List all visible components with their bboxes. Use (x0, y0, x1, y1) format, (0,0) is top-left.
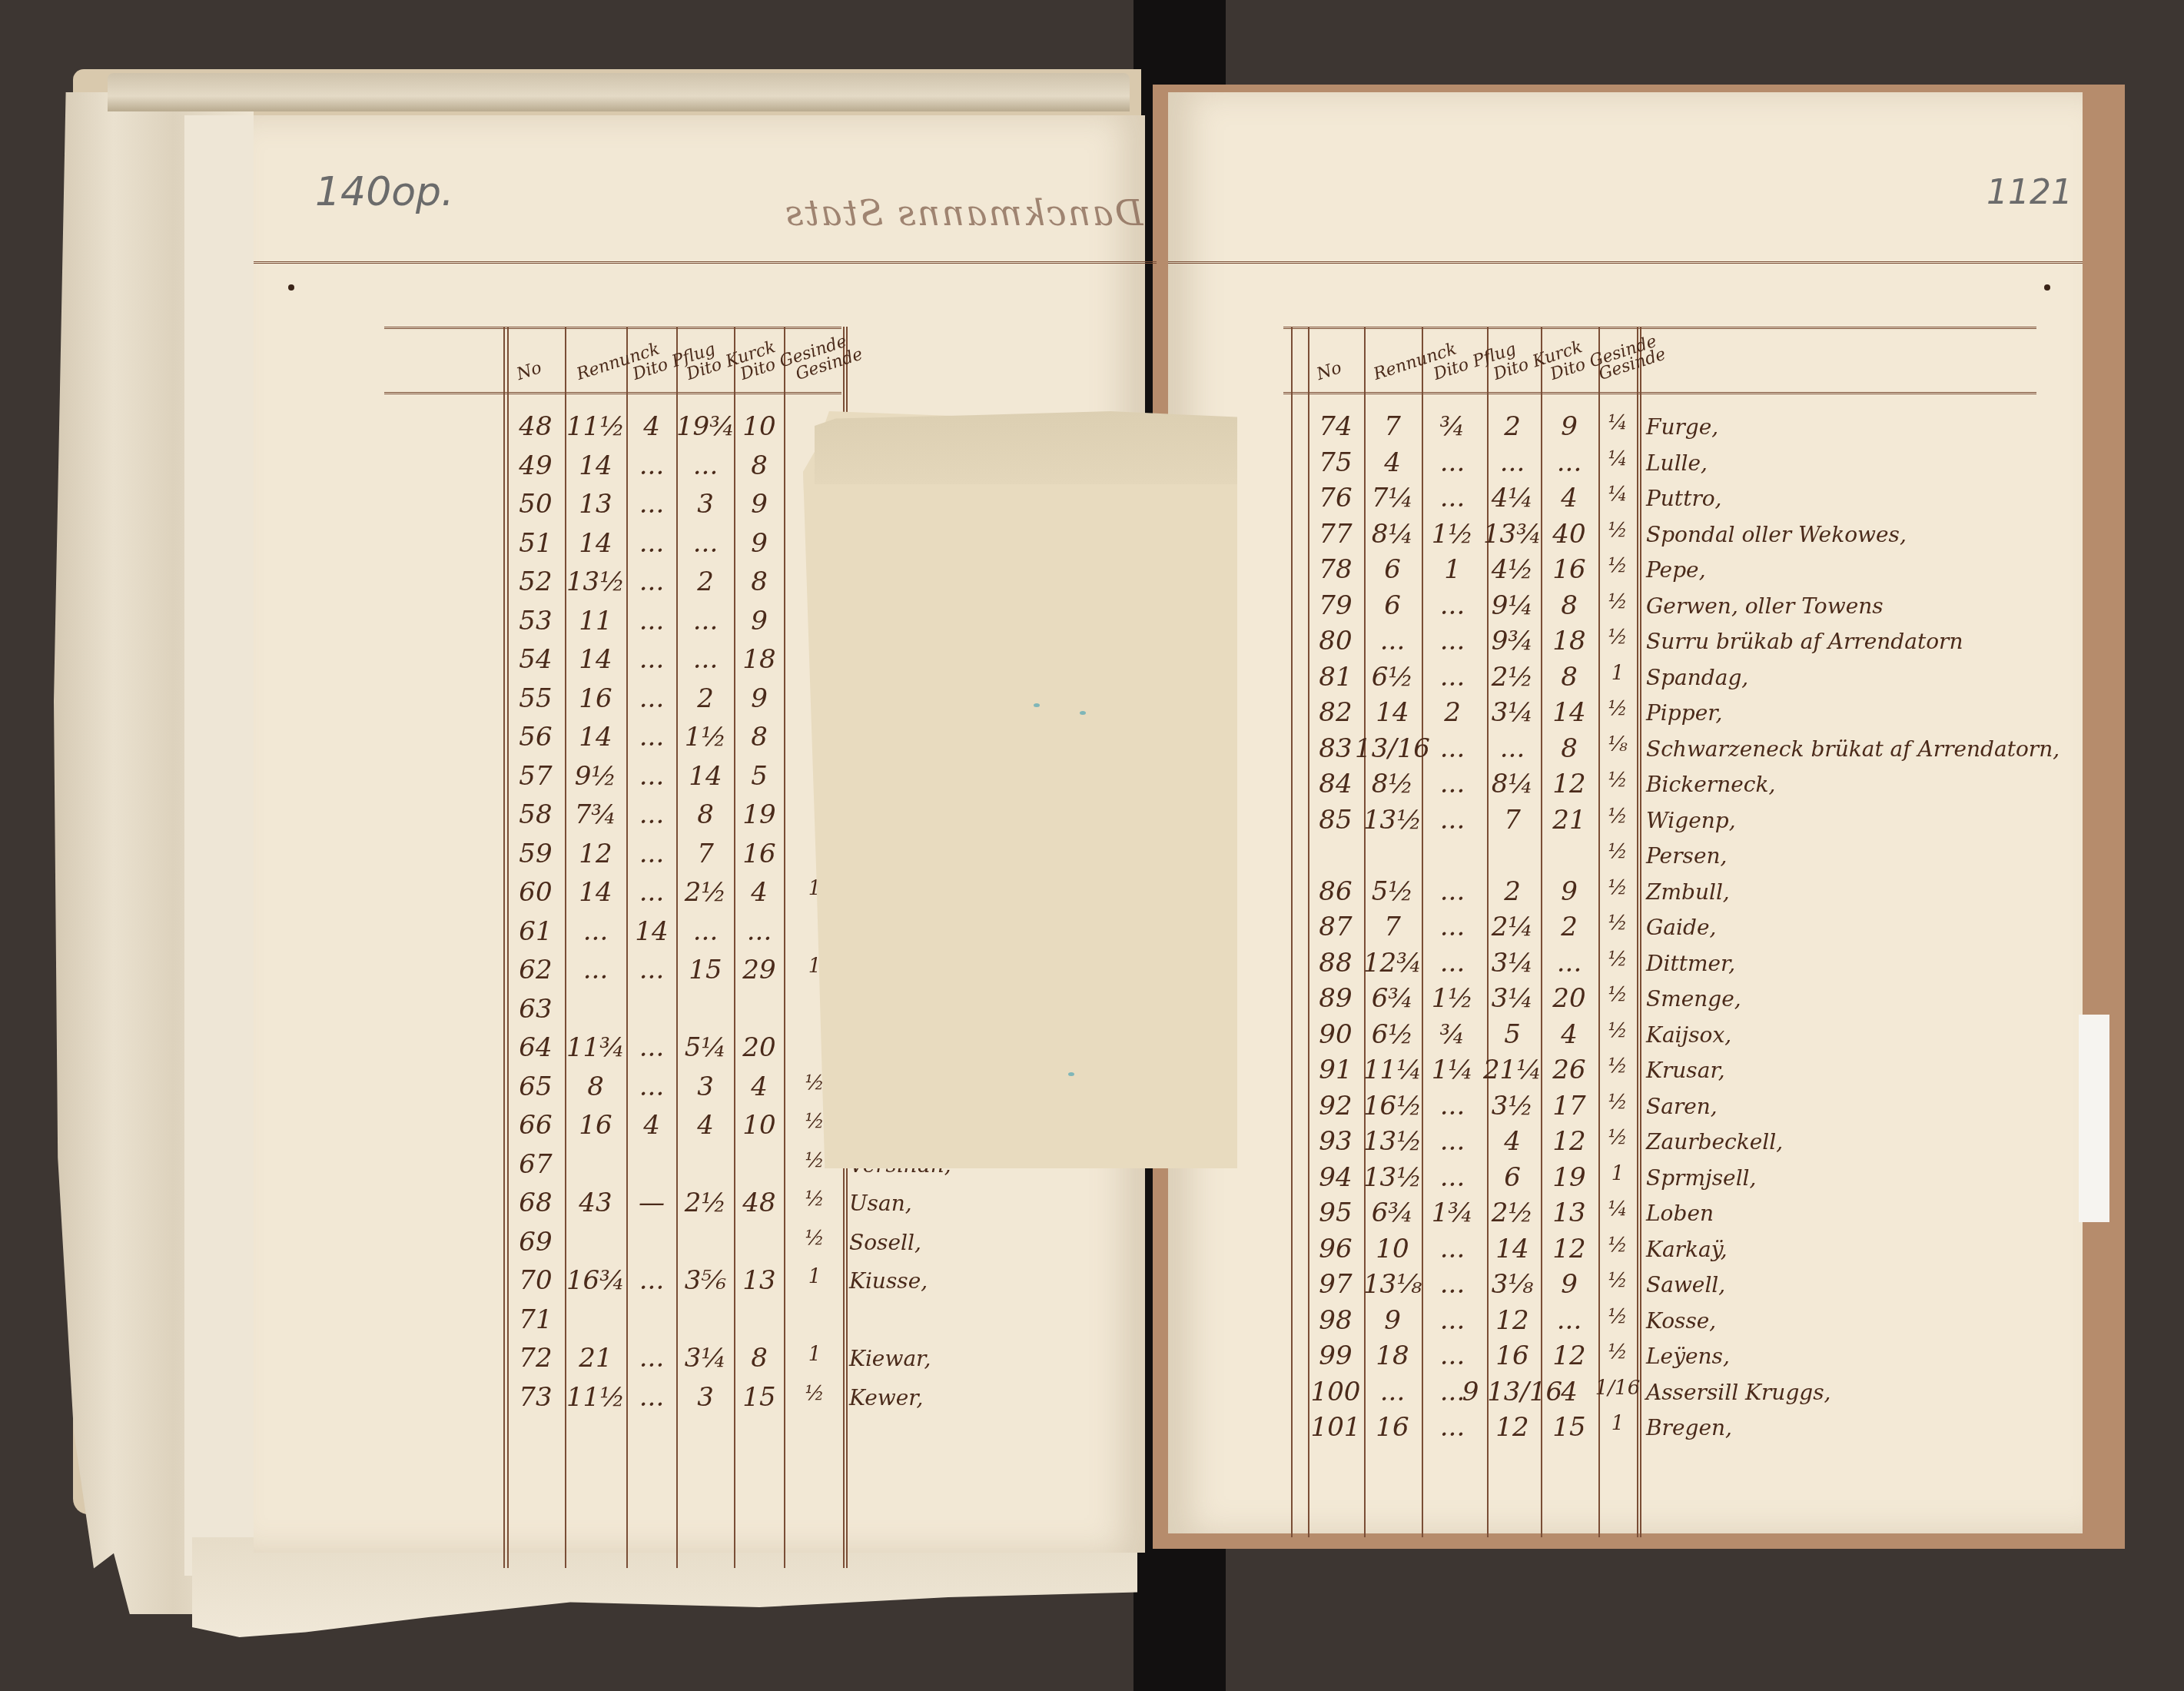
ledger-value: ... (1440, 1269, 1465, 1300)
pencil-folio-left: 140op. (315, 169, 454, 215)
farm-name: Kaijsox, (1646, 1022, 1731, 1048)
ledger-value: 1½ (685, 722, 727, 752)
ledger-value: 40 (1552, 519, 1585, 550)
column-rule (1422, 327, 1423, 1537)
row-number: 80 (1319, 626, 1352, 656)
underlying-leaf (184, 115, 254, 1576)
ledger-value: 2 (1504, 876, 1521, 907)
ledger-value: ½ (1608, 626, 1627, 649)
row-number: 84 (1319, 769, 1352, 799)
ledger-value: 1½ (1432, 983, 1474, 1014)
farm-name: Kiusse, (849, 1268, 928, 1294)
ledger-value: 6½ (1372, 662, 1414, 693)
ledger-value: 7¼ (1372, 483, 1414, 513)
ledger-value: 17 (1552, 1091, 1585, 1121)
ledger-value: 43 (579, 1188, 612, 1218)
ledger-value: ... (639, 1071, 664, 1102)
ledger-value: 16 (579, 1110, 612, 1141)
ledger-value: ½ (1608, 1234, 1627, 1257)
ledger-value: ... (639, 489, 664, 520)
ledger-value: 13½ (566, 566, 625, 597)
ledger-value: 8 (1561, 733, 1578, 764)
ledger-value: 18 (1376, 1341, 1409, 1371)
ledger-value: 9 (751, 683, 768, 714)
ledger-value: 10 (1376, 1234, 1409, 1264)
farm-name: Lulle, (1646, 450, 1708, 476)
row-number: 94 (1319, 1162, 1352, 1193)
farm-name: Surru brükab af Arrendatorn (1646, 629, 1963, 654)
farm-name: Dittmer, (1646, 951, 1735, 976)
row-number: 91 (1319, 1055, 1352, 1085)
ledger-value: ... (693, 916, 718, 947)
row-number: 86 (1319, 876, 1352, 907)
ledger-value: 3¼ (1492, 697, 1534, 728)
row-number: 60 (519, 877, 552, 908)
ledger-value: ... (1440, 769, 1465, 799)
ledger-value: ... (639, 761, 664, 792)
ledger-value: ... (1380, 626, 1405, 656)
ink-stain (1068, 1072, 1074, 1076)
row-number: 53 (519, 606, 552, 636)
row-number: 64 (519, 1032, 552, 1063)
ledger-value: 8½ (1372, 769, 1414, 799)
ledger-value: ... (1440, 948, 1465, 978)
ledger-value: 11¼ (1363, 1055, 1422, 1085)
ledger-value: 4 (751, 877, 768, 908)
ledger-value: 9 (1384, 1305, 1401, 1336)
farm-name: Leÿens, (1646, 1344, 1730, 1369)
ledger-value: 2 (697, 683, 714, 714)
farm-name: Gaide, (1646, 915, 1716, 940)
row-number: 71 (519, 1304, 552, 1335)
farm-name: Schwarzeneck brükat af Arrendatorn, (1646, 736, 2060, 762)
left-header-rule (254, 261, 1157, 264)
farm-name: Pepe, (1646, 557, 1706, 583)
ledger-value: ½ (1608, 840, 1627, 863)
ledger-value: 5 (751, 761, 768, 792)
ledger-value: ... (639, 1343, 664, 1374)
farm-name: Kewer, (849, 1385, 923, 1410)
row-number: 75 (1319, 447, 1352, 478)
paper-tab-marker (2079, 1015, 2109, 1222)
ledger-value: 12 (1552, 1126, 1585, 1157)
ledger-value: 8 (751, 722, 768, 752)
row-number: 56 (519, 722, 552, 752)
ledger-value: 12 (1552, 1234, 1585, 1264)
ledger-value: 19¾ (676, 411, 735, 442)
farm-name: Persen, (1646, 843, 1727, 869)
ledger-value: 2½ (685, 1188, 727, 1218)
ledger-value: 3½ (1492, 1091, 1534, 1121)
ledger-value: 6 (1504, 1162, 1521, 1193)
ledger-value: ¼ (1608, 447, 1627, 470)
ledger-value: ... (639, 877, 664, 908)
ledger-value: ½ (1608, 876, 1627, 899)
row-number: 51 (519, 528, 552, 559)
ledger-value: ... (1440, 590, 1465, 621)
ink-stain (1080, 711, 1086, 715)
ledger-value: ... (639, 450, 664, 481)
row-number: 63 (519, 994, 552, 1025)
ledger-value: 4 (1561, 1019, 1578, 1050)
farm-name: Gerwen, oller Towens (1646, 593, 1884, 619)
row-number: 74 (1319, 411, 1352, 442)
ledger-value: 8 (697, 799, 714, 830)
ledger-value: ½ (1608, 1055, 1627, 1078)
column-rule (1308, 327, 1309, 1537)
ledger-value: 13½ (1363, 1162, 1422, 1193)
ledger-value: 15 (742, 1382, 775, 1413)
ledger-value: ... (1557, 1305, 1582, 1336)
ledger-value: 8¼ (1372, 519, 1414, 550)
ledger-value: ½ (1608, 948, 1627, 971)
column-rule (626, 327, 628, 1568)
ledger-value: 7 (1384, 411, 1401, 442)
ledger-value: ... (693, 528, 718, 559)
ledger-value: ½ (1608, 590, 1627, 613)
ledger-value: ... (1440, 1341, 1465, 1371)
ledger-value: ½ (805, 1071, 824, 1095)
ledger-value: 1 (808, 1265, 821, 1288)
column-rule (676, 327, 678, 1568)
ledger-value: ... (1440, 483, 1465, 513)
table-top-rule (384, 327, 841, 329)
ledger-value: 14 (1552, 697, 1585, 728)
ledger-value: 16 (742, 839, 775, 869)
ledger-value: 4 (643, 1110, 660, 1141)
farm-name: Saren, (1646, 1094, 1718, 1119)
ink-dot (2044, 284, 2050, 291)
ledger-value: 4½ (1492, 554, 1534, 585)
ledger-value: 13½ (1363, 805, 1422, 836)
ledger-value: 1 (1611, 1162, 1625, 1185)
ledger-value: 3⅛ (1492, 1269, 1534, 1300)
row-number: 62 (519, 955, 552, 985)
ledger-value: 11 (579, 606, 612, 636)
row-number: 76 (1319, 483, 1352, 513)
ledger-value: 2½ (1492, 1198, 1534, 1228)
ledger-value: 13 (742, 1265, 775, 1296)
ledger-value: 9 (1561, 1269, 1578, 1300)
ledger-value: ½ (805, 1227, 824, 1250)
ledger-value: ... (1500, 733, 1525, 764)
ledger-value: 19 (742, 799, 775, 830)
row-number: 88 (1319, 948, 1352, 978)
ledger-value: — (639, 1188, 665, 1218)
ledger-value: 6¾ (1372, 983, 1414, 1014)
ledger-value: 14 (579, 722, 612, 752)
ledger-value: 5¼ (685, 1032, 727, 1063)
ledger-value: ... (1440, 876, 1465, 907)
row-number: 93 (1319, 1126, 1352, 1157)
ledger-value: ... (639, 799, 664, 830)
ledger-value: ... (639, 955, 664, 985)
ledger-value: ... (1440, 662, 1465, 693)
ledger-value: 16 (579, 683, 612, 714)
farm-name: Usan, (849, 1191, 912, 1216)
ledger-value: 21 (579, 1343, 612, 1374)
ledger-value: 29 (742, 955, 775, 985)
ledger-value: ½ (1608, 1305, 1627, 1328)
ledger-value: 48 (742, 1188, 775, 1218)
row-number: 98 (1319, 1305, 1352, 1336)
row-number: 73 (519, 1382, 552, 1413)
ledger-value: 11½ (566, 1382, 625, 1413)
ledger-value: 18 (742, 644, 775, 675)
ledger-value: ½ (1608, 769, 1627, 792)
ledger-value: 4 (1561, 483, 1578, 513)
row-number: 57 (519, 761, 552, 792)
ledger-value: 9 (751, 528, 768, 559)
ledger-value: 16 (1552, 554, 1585, 585)
ledger-value: 2¼ (1492, 912, 1534, 942)
ledger-value: ½ (1608, 1269, 1627, 1292)
ledger-value: 16½ (1363, 1091, 1422, 1121)
row-number: 55 (519, 683, 552, 714)
ledger-value: 4 (1561, 1377, 1578, 1407)
ledger-value: ¾ (1440, 411, 1465, 442)
farm-name: Spandag, (1646, 665, 1748, 690)
ledger-value: 16¾ (566, 1265, 625, 1296)
column-rule (1291, 327, 1293, 1537)
ledger-value: ... (639, 1382, 664, 1413)
ledger-value: 9 (1561, 411, 1578, 442)
ledger-value: ½ (1608, 1341, 1627, 1364)
ledger-value: ... (639, 566, 664, 597)
row-number: 52 (519, 566, 552, 597)
ledger-value: ... (1440, 1091, 1465, 1121)
ledger-value: 1/16 (1595, 1377, 1640, 1400)
row-number: 101 (1311, 1412, 1361, 1443)
right-header-rule (1168, 261, 2083, 264)
row-number: 49 (519, 450, 552, 481)
ledger-value: 7 (1504, 805, 1521, 836)
row-number: 68 (519, 1188, 552, 1218)
folded-paper-slip[interactable] (803, 411, 1237, 1168)
row-number: 87 (1319, 912, 1352, 942)
farm-name: Smenge, (1646, 986, 1741, 1012)
ledger-value: 14 (579, 450, 612, 481)
row-number: 58 (519, 799, 552, 830)
row-number: 85 (1319, 805, 1352, 836)
ledger-value: 3¼ (1492, 983, 1534, 1014)
farm-name: Puttro, (1646, 486, 1722, 511)
ledger-value: 8 (751, 566, 768, 597)
farm-name: Karkaÿ, (1646, 1237, 1728, 1262)
row-number: 61 (519, 916, 552, 947)
ledger-value: ½ (1608, 697, 1627, 720)
ledger-value: 14 (689, 761, 722, 792)
ledger-value: ... (1440, 733, 1465, 764)
ledger-value: 14 (1376, 697, 1409, 728)
table-top-rule (1283, 327, 2036, 329)
row-number: 59 (519, 839, 552, 869)
ledger-value: 1 (1444, 554, 1461, 585)
farm-name: Zmbull, (1646, 879, 1730, 905)
ledger-value: 12 (1495, 1412, 1528, 1443)
ledger-value: 19 (1552, 1162, 1585, 1193)
header-underline (1283, 392, 2036, 394)
ledger-value: 18 (1552, 626, 1585, 656)
row-number: 97 (1319, 1269, 1352, 1300)
row-number: 66 (519, 1110, 552, 1141)
ledger-value: 8 (1561, 590, 1578, 621)
row-number: 81 (1319, 662, 1352, 693)
row-number: 78 (1319, 554, 1352, 585)
bleed-through-header: Danckmanns Stats (784, 192, 1143, 234)
ledger-value: 26 (1552, 1055, 1585, 1085)
ledger-value: 6¾ (1372, 1198, 1414, 1228)
row-number: 67 (519, 1149, 552, 1180)
ledger-value: 4 (1384, 447, 1401, 478)
ledger-value: ... (1440, 1234, 1465, 1264)
farm-name: Wigenp, (1646, 808, 1736, 833)
ledger-value: ... (1440, 447, 1465, 478)
ledger-value: 14 (579, 877, 612, 908)
ledger-value: ... (639, 644, 664, 675)
row-number: 83 (1319, 733, 1352, 764)
ledger-value: ½ (1608, 554, 1627, 577)
ledger-value: 13½ (1363, 1126, 1422, 1157)
ledger-value: ¼ (1608, 411, 1627, 434)
ledger-value: ½ (805, 1382, 824, 1405)
row-number: 100 (1311, 1377, 1361, 1407)
column-rule (1364, 327, 1366, 1537)
ledger-value: 4 (697, 1110, 714, 1141)
ledger-value: ... (639, 606, 664, 636)
ledger-value: 20 (742, 1032, 775, 1063)
ledger-value: 6 (1384, 554, 1401, 585)
ledger-value: 5½ (1372, 876, 1414, 907)
ledger-value: ... (1500, 447, 1525, 478)
ledger-value: 12 (579, 839, 612, 869)
ink-stain (1034, 703, 1040, 707)
ledger-value: 16 (1495, 1341, 1528, 1371)
ledger-value: 16 (1376, 1412, 1409, 1443)
ledger-value: 9 13/16 (1462, 1377, 1562, 1407)
ledger-value: ... (639, 1032, 664, 1063)
farm-name: Sawell, (1646, 1272, 1725, 1297)
row-number: 92 (1319, 1091, 1352, 1121)
row-number: 90 (1319, 1019, 1352, 1050)
ledger-value: ⅛ (1608, 733, 1627, 756)
row-number: 72 (519, 1343, 552, 1374)
ledger-value: 13 (579, 489, 612, 520)
ledger-value: 14 (579, 644, 612, 675)
row-number: 77 (1319, 519, 1352, 550)
pencil-folio-right: 1121 (1987, 173, 2073, 212)
row-number: 70 (519, 1265, 552, 1296)
ledger-value: ½ (1608, 1091, 1627, 1114)
row-number: 99 (1319, 1341, 1352, 1371)
ledger-value: ... (693, 644, 718, 675)
ledger-value: ... (639, 1265, 664, 1296)
ledger-value: ... (747, 916, 772, 947)
ledger-value: ... (1440, 626, 1465, 656)
row-number: 89 (1319, 983, 1352, 1014)
ledger-value: 9 (751, 606, 768, 636)
farm-name: Kiewar, (849, 1346, 931, 1371)
ledger-value: ... (693, 450, 718, 481)
column-rule (1487, 327, 1489, 1537)
ledger-value: ¼ (1608, 1198, 1627, 1221)
ledger-value: ½ (1608, 1126, 1627, 1149)
ledger-value: 2 (697, 566, 714, 597)
ledger-value: ... (1557, 948, 1582, 978)
row-number: 69 (519, 1227, 552, 1257)
ledger-value: ... (1440, 1377, 1465, 1407)
ledger-value: ... (693, 606, 718, 636)
column-rule (1541, 327, 1542, 1537)
ledger-value: ¼ (1608, 483, 1627, 506)
ledger-value: 3 (697, 489, 714, 520)
ledger-value: 8¼ (1492, 769, 1534, 799)
ledger-value: ... (639, 839, 664, 869)
ledger-value: 9 (1561, 876, 1578, 907)
column-rule (784, 327, 785, 1568)
ledger-value: ... (1557, 447, 1582, 478)
row-number: 65 (519, 1071, 552, 1102)
ledger-value: 3 (697, 1382, 714, 1413)
column-rule (1637, 327, 1638, 1537)
ledger-value: 4 (1504, 1126, 1521, 1157)
ledger-value: 12 (1552, 769, 1585, 799)
row-number: 48 (519, 411, 552, 442)
ledger-value: 13⅛ (1363, 1269, 1422, 1300)
ledger-value: 10 (742, 411, 775, 442)
ledger-value: 13¾ (1483, 519, 1542, 550)
column-rule (1640, 327, 1641, 1537)
ledger-value: 4¼ (1492, 483, 1534, 513)
ledger-value: 9¾ (1492, 626, 1534, 656)
ledger-value: 9 (751, 489, 768, 520)
ledger-value: 2 (1504, 411, 1521, 442)
row-number: 96 (1319, 1234, 1352, 1264)
ledger-value: 5 (1504, 1019, 1521, 1050)
ledger-value: 14 (1495, 1234, 1528, 1264)
header-underline (384, 392, 841, 394)
ledger-value: ½ (1608, 519, 1627, 542)
ledger-value: 14 (635, 916, 668, 947)
ledger-value: 2 (1561, 912, 1578, 942)
ledger-value: 1 (808, 1343, 821, 1366)
ledger-value: 12 (1552, 1341, 1585, 1371)
farm-name: Sprmjsell, (1646, 1165, 1756, 1191)
ledger-value: ½ (1608, 912, 1627, 935)
ledger-value: 2 (1444, 697, 1461, 728)
ledger-value: 3¼ (1492, 948, 1534, 978)
ledger-value: ... (1380, 1377, 1405, 1407)
row-number: 54 (519, 644, 552, 675)
ledger-value: 20 (1552, 983, 1585, 1014)
ledger-value: 12 (1495, 1305, 1528, 1336)
farm-name: Furge, (1646, 414, 1718, 440)
page-stack-top (108, 73, 1130, 111)
column-rule (734, 327, 735, 1568)
ledger-value: 9¼ (1492, 590, 1534, 621)
ledger-value: ... (1440, 1162, 1465, 1193)
ledger-value: ½ (1608, 805, 1627, 828)
row-number: 95 (1319, 1198, 1352, 1228)
ledger-value: 6½ (1372, 1019, 1414, 1050)
ledger-value: 1½ (1432, 519, 1474, 550)
ledger-value: 8 (587, 1071, 604, 1102)
ledger-value: ... (639, 722, 664, 752)
ledger-value: 1¾ (1432, 1198, 1474, 1228)
column-rule (503, 327, 505, 1568)
ledger-value: 12¾ (1363, 948, 1422, 978)
ledger-value: 8 (751, 450, 768, 481)
